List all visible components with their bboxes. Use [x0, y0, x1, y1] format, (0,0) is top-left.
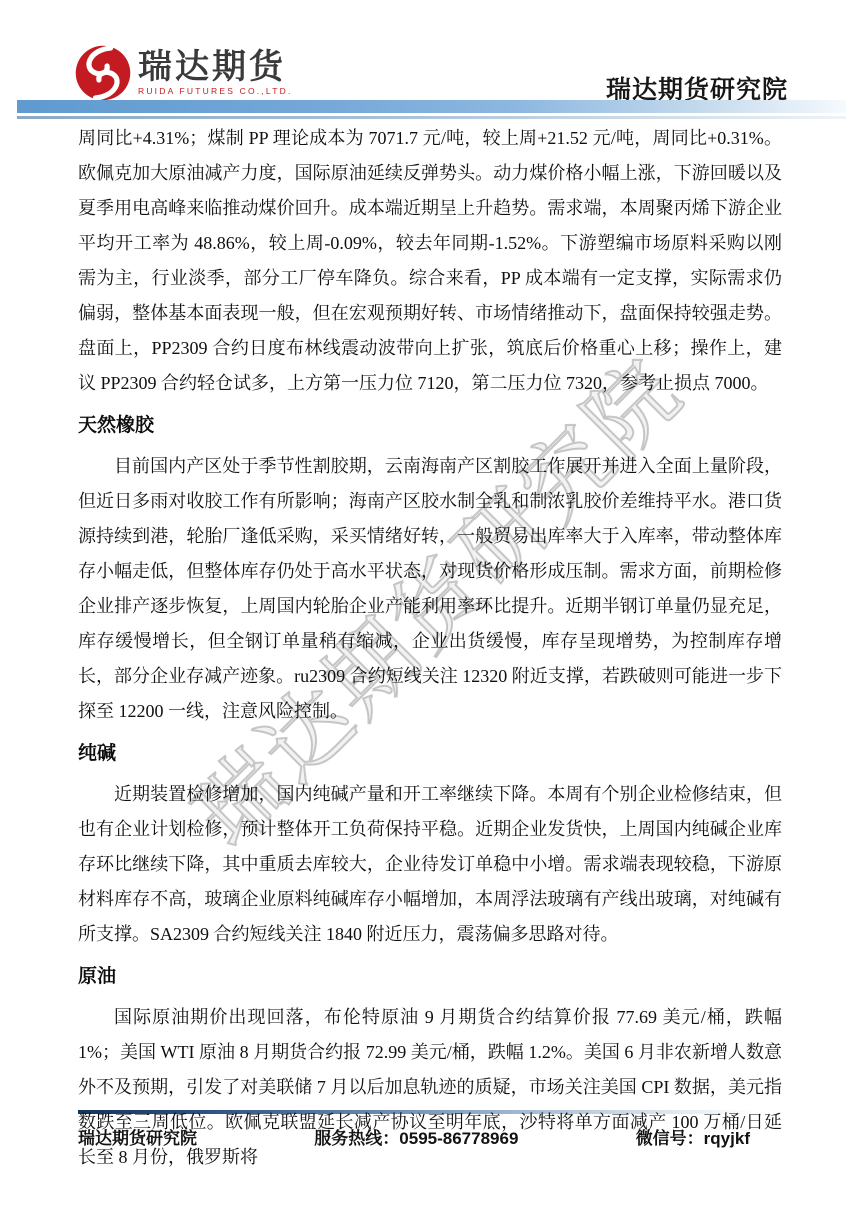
- paragraph-natural-rubber: 目前国内产区处于季节性割胶期，云南海南产区割胶工作展开并进入全面上量阶段，但近日…: [78, 449, 782, 729]
- paragraph-pp-analysis: 周同比+4.31%；煤制 PP 理论成本为 7071.7 元/吨，较上周+21.…: [78, 121, 782, 401]
- report-page: 瑞达期货 RUIDA FUTURES CO.,LTD. 瑞达期货研究院 瑞达期货…: [0, 0, 860, 1217]
- company-logo: 瑞达期货 RUIDA FUTURES CO.,LTD.: [74, 44, 293, 102]
- logo-company-name: 瑞达期货: [138, 49, 293, 85]
- section-heading-natural-rubber: 天然橡胶: [78, 415, 782, 437]
- report-body: 周同比+4.31%；煤制 PP 理论成本为 7071.7 元/吨，较上周+21.…: [78, 121, 782, 1175]
- ruida-logo-icon: [74, 44, 132, 102]
- header-divider-thin-line: [17, 116, 846, 119]
- section-heading-soda-ash: 纯碱: [78, 743, 782, 765]
- paragraph-crude-oil: 国际原油期价出现回落，布伦特原油 9 月期货合约结算价报 77.69 美元/桶，…: [78, 1000, 782, 1175]
- page-header: 瑞达期货 RUIDA FUTURES CO.,LTD. 瑞达期货研究院: [0, 0, 860, 120]
- paragraph-soda-ash: 近期装置检修增加，国内纯碱产量和开工率继续下降。本周有个别企业检修结束，但也有企…: [78, 777, 782, 952]
- section-heading-crude-oil: 原油: [78, 966, 782, 988]
- logo-text-block: 瑞达期货 RUIDA FUTURES CO.,LTD.: [138, 49, 293, 97]
- header-divider-bar: [17, 100, 846, 113]
- logo-company-subtitle: RUIDA FUTURES CO.,LTD.: [138, 86, 293, 97]
